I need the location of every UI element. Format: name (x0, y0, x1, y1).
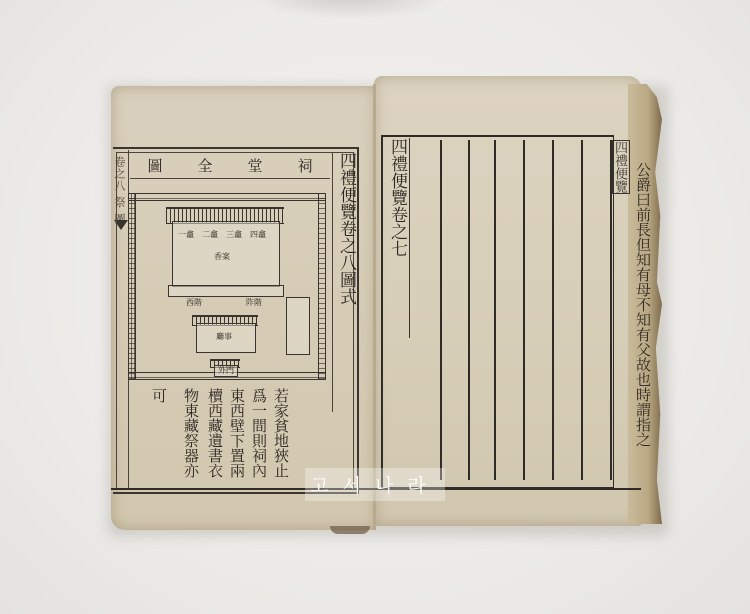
column-rule (468, 140, 470, 480)
wall-top (128, 193, 326, 201)
column-rule (494, 140, 496, 480)
text-column: 爲一間則祠內 (248, 388, 269, 483)
hall-label: 廳事 (216, 331, 232, 342)
text-column: 東西壁下置兩 (226, 388, 247, 483)
column-rule (552, 140, 554, 480)
hall-platform (168, 285, 284, 297)
page-tab (330, 526, 370, 534)
wall-left (128, 193, 136, 380)
storehouse (286, 297, 310, 355)
column-rule (440, 140, 442, 480)
text-column: 可 (148, 388, 169, 483)
banner-char: 堂 (247, 155, 262, 176)
right-edge-title: 四禮便覽 (612, 140, 630, 194)
right-print-frame (381, 135, 614, 489)
book-spine (373, 84, 376, 530)
east-steps-label: 阼階 (246, 297, 262, 308)
outer-gate-label: 外門 (218, 365, 234, 376)
column-rule (523, 140, 525, 480)
column-rule (581, 140, 583, 480)
wall-right (318, 193, 326, 380)
shrine-label: 一龕 (178, 229, 194, 240)
shrine-label: 三龕 (226, 229, 242, 240)
incense-table-label: 香案 (214, 251, 230, 262)
west-steps-label: 西階 (186, 297, 202, 308)
text-column: 若家貧地狹止 (270, 388, 291, 483)
diagram-banner: 圖 全 堂 祠 (130, 152, 330, 179)
text-column: 櫝西藏遺書衣 (204, 388, 225, 483)
background-shadow (250, 0, 450, 20)
shrine-label: 四龕 (250, 229, 266, 240)
right-page-title: 四禮便覽卷之七 (383, 138, 410, 338)
shrine-diagram: 一龕 二龕 三龕 四龕 香案 西階 阼階 廳事 外門 (128, 193, 324, 378)
banner-char: 圖 (147, 155, 162, 176)
banner-char: 祠 (297, 155, 312, 176)
shrine-label: 二龕 (202, 229, 218, 240)
watermark: 고서나라 (305, 468, 445, 501)
left-page-title: 四禮便覽卷之八圖式 (332, 152, 357, 412)
banner-char: 全 (197, 155, 212, 176)
text-column: 物東藏祭器亦 (180, 388, 201, 483)
margin-note: 公爵曰前長但知有母不知有父故也時謂指之 (631, 162, 653, 482)
